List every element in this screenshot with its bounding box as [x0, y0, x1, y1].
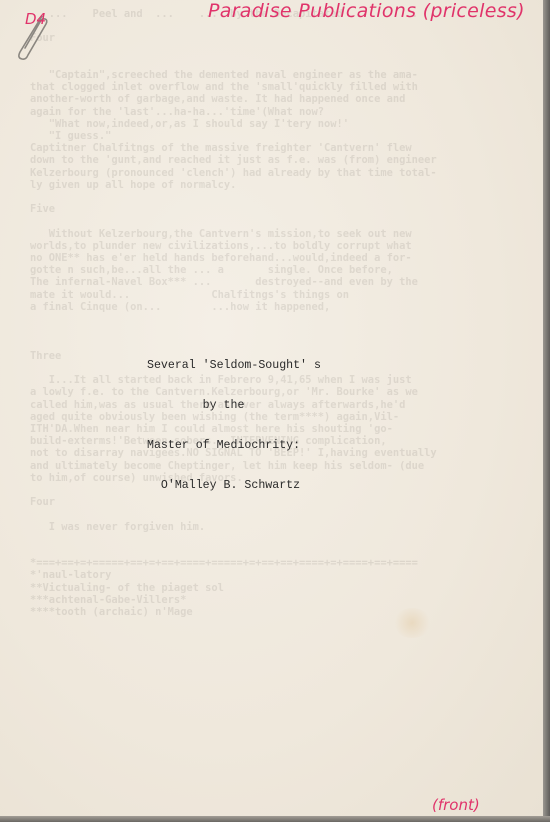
bleed-through-line: **Victualing- of the piaget sol — [30, 582, 530, 594]
bleed-through-line: *===+==+=+=====+==+=+==+====+=====+=+==+… — [30, 557, 530, 569]
handwritten-corner-mark: D4 — [25, 10, 46, 28]
bleed-through-line: no ONE** has e'er held hands beforehand.… — [30, 252, 530, 264]
bleed-through-text: ... Peel and ... ... by the Decapitated … — [30, 8, 530, 618]
scan-edge-bottom — [0, 816, 550, 822]
bleed-through-line: ****tooth (archaic) n'Mage — [30, 606, 530, 618]
bleed-through-line: I was never forgiven him. — [30, 521, 530, 533]
bleed-through-line: "I guess." — [30, 130, 530, 142]
handwritten-front-label: (front) — [432, 796, 480, 814]
scan-edge-right — [543, 0, 550, 822]
bleed-through-line: mate it would... Chalfitngs's things on — [30, 289, 530, 301]
author-name: O'Malley B. Schwartz — [147, 479, 321, 492]
bleed-through-line: ly given up all hope of normalcy. — [30, 179, 530, 191]
bleed-through-line: worlds,to plunder new civilizations,...t… — [30, 240, 530, 252]
bleed-through-line — [30, 215, 530, 227]
title-line: Several 'Seldom-Sought' s — [147, 359, 321, 372]
bleed-through-line: "What now,indeed,or,as I should say I'te… — [30, 118, 530, 130]
bleed-through-line — [30, 20, 530, 32]
bleed-through-line — [30, 191, 530, 203]
bleed-through-line: again for the 'last'...ha-ha...'time'(Wh… — [30, 106, 530, 118]
bleed-through-line — [30, 545, 530, 557]
bleed-through-line: another-worth of garbage,and waste. It h… — [30, 93, 530, 105]
bleed-through-line: that clogged inlet overflow and the 'sma… — [30, 81, 530, 93]
bleed-through-line: *'naul-latory — [30, 569, 530, 581]
bleed-through-line: Five — [30, 203, 530, 215]
title-block: Several 'Seldom-Sought' s by the Master … — [147, 332, 321, 506]
bleed-through-line: ***achtenal-Gabe-Villers* — [30, 594, 530, 606]
handwritten-publisher-note: Paradise Publications (priceless) — [208, 0, 525, 22]
paper-stain — [392, 608, 432, 638]
bleed-through-line: Without Kelzerbourg,the Cantvern's missi… — [30, 228, 530, 240]
byline-connector: by the — [147, 399, 321, 412]
bleed-through-line: "Captain",screeched the demented naval e… — [30, 69, 530, 81]
bleed-through-line — [30, 57, 530, 69]
bleed-through-line — [30, 313, 530, 325]
bleed-through-line: Kelzerbourg (pronounced 'clench') had al… — [30, 167, 530, 179]
bleed-through-line — [30, 508, 530, 520]
bleed-through-line — [30, 45, 530, 57]
bleed-through-line: Captitner Chalfitngs of the massive frei… — [30, 142, 530, 154]
bleed-through-line — [30, 533, 530, 545]
bleed-through-line: a final Cinque (on... ...how it happened… — [30, 301, 530, 313]
bleed-through-line: The infernal-Navel Box*** ... destroyed-… — [30, 276, 530, 288]
author-epithet: Master of Mediochrity: — [147, 439, 321, 452]
bleed-through-line: Four — [30, 32, 530, 44]
bleed-through-line: down to the 'gunt,and reached it just as… — [30, 154, 530, 166]
bleed-through-line: gotte n such,be...all the ... a single. … — [30, 264, 530, 276]
